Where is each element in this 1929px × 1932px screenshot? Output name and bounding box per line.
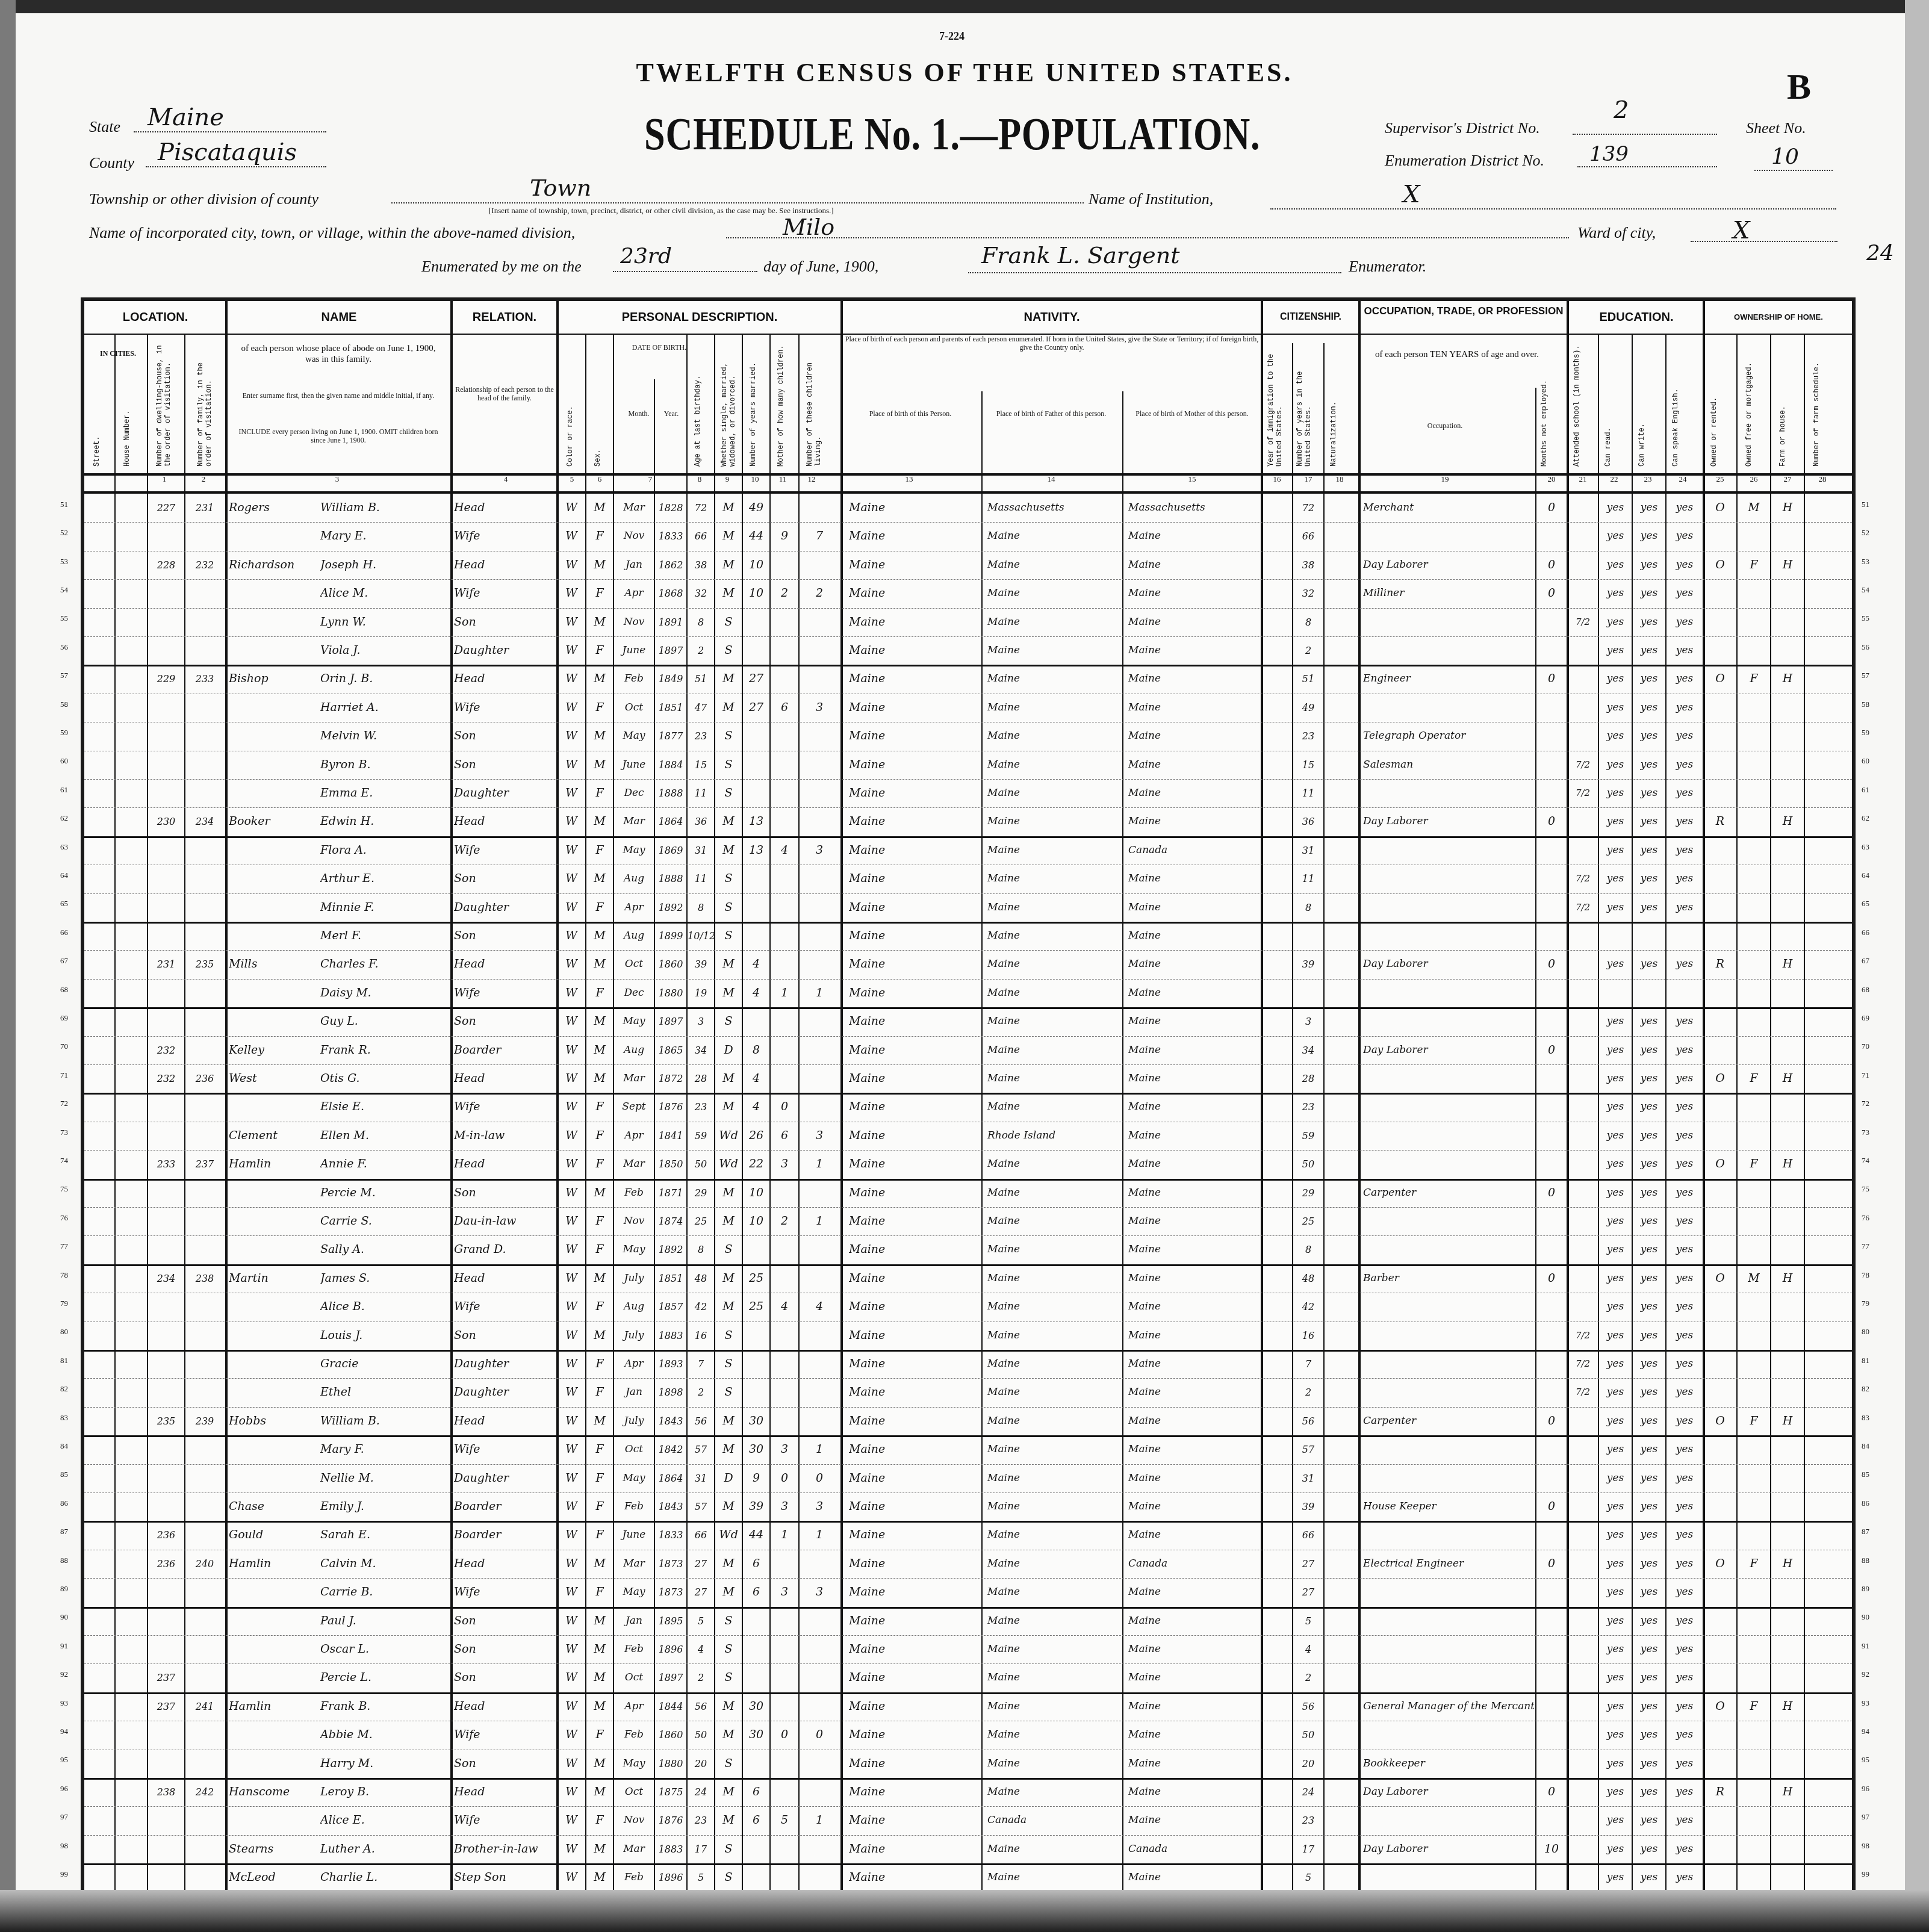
owned-or-rented [1704,865,1736,893]
marital-status: M [715,1093,742,1121]
colnum-24: 24 [1668,474,1698,484]
years-married: 30 [743,1721,769,1749]
mother-birthplace: Maine [1128,1350,1260,1378]
speaks-english: yes [1667,1378,1703,1406]
can-write: yes [1633,1293,1665,1321]
months-unemployed: 0 [1536,1550,1567,1578]
mother-of-children: 9 [771,522,798,550]
years-in-us: 20 [1293,1750,1323,1778]
years-in-us: 2 [1293,1378,1323,1406]
mother-of-children: 3 [771,1435,798,1464]
free-or-mortgaged [1738,1435,1770,1464]
surname: Bishop [229,665,319,693]
attended-school [1568,579,1598,607]
mother-of-children [771,1750,798,1778]
dwelling-number [148,722,184,750]
scan-bottom-edge [0,1890,1929,1932]
line-number: 91 [1862,1641,1869,1651]
marital-status: M [715,950,742,978]
colnum-1: 1 [149,474,179,484]
owned-or-rented [1704,1179,1736,1207]
sex: M [586,494,613,522]
col-dwelling-number: Number of dwelling-house, in the order o… [155,343,172,467]
can-read: yes [1599,1607,1632,1635]
speaks-english: yes [1667,1264,1703,1293]
free-or-mortgaged [1738,1750,1770,1778]
dwelling-number: 237 [148,1663,184,1692]
color: W [558,1322,585,1350]
col-marital: Whether single, married, widowed, or div… [720,343,737,467]
color: W [558,1122,585,1150]
colnum-18: 18 [1325,474,1355,484]
surname [229,1578,319,1606]
line-number: 53 [1862,557,1869,567]
speaks-english: yes [1667,1692,1703,1721]
naturalization [1325,1322,1358,1350]
census-page: 7-224 TWELFTH CENSUS OF THE UNITED STATE… [0,0,1929,1932]
naturalization [1325,1064,1358,1093]
sex: F [586,1350,613,1378]
sex: F [586,1492,613,1521]
mother-of-children [771,551,798,579]
col-mother-of: Mother of how many children. [777,343,785,467]
farm-or-house: H [1771,665,1804,693]
can-read: yes [1599,1407,1632,1435]
children-living [800,751,839,779]
farm-or-house [1771,1350,1804,1378]
relation: Wife [454,1293,555,1321]
family-number [185,1750,224,1778]
surname [229,608,319,636]
colnum-5: 5 [560,474,584,484]
table-row: Alice B. Wife W F Aug 1857 42 M 25 4 4 M… [84,1293,1852,1322]
free-or-mortgaged [1738,522,1770,550]
father-birthplace: Maine [987,1407,1121,1435]
birth-month: Jan [614,1607,654,1635]
birth-month: Feb [614,1492,654,1521]
relation: Daughter [454,1464,555,1492]
speaks-english: yes [1667,1435,1703,1464]
naturalization [1325,1550,1358,1578]
birth-year: 1895 [655,1607,686,1635]
mother-of-children [771,1835,798,1863]
table-row: 237 Percie L. Son W M Oct 1897 2 S Maine… [84,1663,1852,1694]
can-read: yes [1599,1322,1632,1350]
farm-or-house [1771,722,1804,750]
farm-or-house [1771,1007,1804,1036]
marital-status: M [715,1435,742,1464]
birthplace: Maine [849,779,980,807]
speaks-english: yes [1667,950,1703,978]
township-label: Township or other division of county [89,190,318,208]
free-or-mortgaged [1738,1863,1770,1892]
can-read: yes [1599,1521,1632,1549]
relation: Wife [454,1093,555,1121]
table-row: McLeod Charlie L. Step Son W M Feb 1896 … [84,1863,1852,1892]
colnum-23: 23 [1633,474,1663,484]
birthplace: Maine [849,950,980,978]
surname [229,751,319,779]
farm-or-house [1771,636,1804,665]
mother-of-children: 4 [771,836,798,865]
free-or-mortgaged [1738,1322,1770,1350]
birth-month: Oct [614,1435,654,1464]
family-number [185,1036,224,1064]
sex: M [586,865,613,893]
color: W [558,665,585,693]
years-married: 25 [743,1264,769,1293]
sex: M [586,1835,613,1863]
family-number [185,1492,224,1521]
family-number [185,1007,224,1036]
years-married: 4 [743,1093,769,1121]
age: 50 [688,1721,714,1749]
col-months-unemployed: Months not employed. [1540,379,1548,467]
immigration-year [1262,608,1292,636]
birth-month: July [614,1407,654,1435]
surname [229,979,319,1007]
relation: Wife [454,1721,555,1749]
line-number: 52 [1862,528,1869,538]
ward-value: X [1733,217,1750,244]
line-number: 55 [60,613,68,623]
speaks-english: yes [1667,551,1703,579]
children-living [800,1350,839,1378]
relation: Wife [454,836,555,865]
immigration-year [1262,1492,1292,1521]
free-or-mortgaged: F [1738,665,1770,693]
occupation: Day Laborer [1363,551,1534,579]
can-read: yes [1599,1007,1632,1036]
can-write: yes [1633,1122,1665,1150]
children-living [800,551,839,579]
can-write: yes [1633,1179,1665,1207]
given-name: James S. [320,1264,449,1293]
given-name: Charlie L. [320,1863,449,1892]
age: 23 [688,1093,714,1121]
father-birthplace: Maine [987,865,1121,893]
relation: Wife [454,522,555,550]
father-birthplace: Canada [987,1806,1121,1834]
children-living: 3 [800,694,839,722]
attended-school [1568,551,1598,579]
occupation [1363,1007,1534,1036]
table-row: 231 235 Mills Charles F. Head W M Oct 18… [84,950,1852,979]
attended-school [1568,950,1598,978]
birth-month: Oct [614,694,654,722]
age: 23 [688,1806,714,1834]
years-in-us: 59 [1293,1122,1323,1150]
naturalization [1325,636,1358,665]
birthplace: Maine [849,1407,980,1435]
farm-or-house [1771,779,1804,807]
can-write: yes [1633,1778,1665,1806]
speaks-english: yes [1667,893,1703,922]
marital-status: S [715,1863,742,1892]
free-or-mortgaged [1738,1122,1770,1150]
line-number: 62 [1862,813,1869,823]
sex: M [586,722,613,750]
months-unemployed [1536,1150,1567,1178]
months-unemployed [1536,694,1567,722]
owned-or-rented [1704,1635,1736,1663]
months-unemployed: 0 [1536,1492,1567,1521]
family-number [185,1435,224,1464]
col-street: Street. [93,391,101,467]
line-number: 82 [60,1384,68,1394]
family-number [185,1635,224,1663]
owned-or-rented [1704,1750,1736,1778]
age: 2 [688,1378,714,1406]
free-or-mortgaged [1738,694,1770,722]
birth-year: 1843 [655,1492,686,1521]
age: 38 [688,551,714,579]
farm-or-house: H [1771,1150,1804,1178]
sex: F [586,1721,613,1749]
table-row: Abbie M. Wife W F Feb 1860 50 M 30 0 0 M… [84,1721,1852,1750]
given-name: Louis J. [320,1322,449,1350]
col-naturalization: Naturalization. [1329,373,1338,467]
years-married: 13 [743,836,769,865]
children-living: 4 [800,1293,839,1321]
can-read: yes [1599,522,1632,550]
mother-of-children [771,1036,798,1064]
owned-or-rented [1704,722,1736,750]
attended-school [1568,1064,1598,1093]
free-or-mortgaged: M [1738,494,1770,522]
sex: F [586,1435,613,1464]
occupation [1363,1378,1534,1406]
line-number: 88 [60,1556,68,1565]
speaks-english: yes [1667,1235,1703,1264]
farm-or-house [1771,1663,1804,1692]
surname: Hobbs [229,1407,319,1435]
birthplace: Maine [849,636,980,665]
sex: F [586,1464,613,1492]
months-unemployed [1536,751,1567,779]
free-or-mortgaged [1738,1464,1770,1492]
can-read: yes [1599,865,1632,893]
attended-school [1568,1835,1598,1863]
years-married: 6 [743,1550,769,1578]
birth-year: 1884 [655,751,686,779]
relation: Head [454,950,555,978]
dwelling-number: 232 [148,1036,184,1064]
mother-birthplace: Maine [1128,1007,1260,1036]
years-in-us: 8 [1293,608,1323,636]
given-name: Ethel [320,1378,449,1406]
relation: Wife [454,1578,555,1606]
naturalization [1325,1407,1358,1435]
years-in-us: 7 [1293,1350,1323,1378]
date-of-birth-label: DATE OF BIRTH. [614,343,704,352]
birthplace: Maine [849,608,980,636]
line-number: 98 [60,1841,68,1851]
free-or-mortgaged: M [1738,1264,1770,1293]
dwelling-number: 236 [148,1521,184,1549]
immigration-year [1262,1835,1292,1863]
birth-month: May [614,1464,654,1492]
surname [229,1378,319,1406]
birthplace: Maine [849,1207,980,1235]
color: W [558,494,585,522]
farm-or-house: H [1771,1692,1804,1721]
mother-birthplace: Maine [1128,1435,1260,1464]
naturalization [1325,1492,1358,1521]
dwelling-number [148,751,184,779]
immigration-year [1262,1521,1292,1549]
family-number [185,636,224,665]
speaks-english [1667,979,1703,1007]
father-birthplace: Maine [987,636,1121,665]
years-married: 10 [743,551,769,579]
margin-number: 24 [1866,241,1894,266]
table-row: Emma E. Daughter W F Dec 1888 11 S Maine… [84,779,1852,808]
years-married: 10 [743,579,769,607]
occupation: Milliner [1363,579,1534,607]
sex: F [586,1378,613,1406]
immigration-year [1262,751,1292,779]
age: 72 [688,494,714,522]
speaks-english: yes [1667,1207,1703,1235]
color: W [558,807,585,836]
relation: Head [454,1692,555,1721]
naturalization [1325,1293,1358,1321]
years-in-us: 15 [1293,751,1323,779]
birth-month: Apr [614,1122,654,1150]
family-number [185,751,224,779]
immigration-year [1262,950,1292,978]
mother-birthplace: Maine [1128,1179,1260,1207]
children-living [800,1407,839,1435]
dwelling-number [148,636,184,665]
father-birthplace: Maine [987,1635,1121,1663]
line-number: 52 [60,528,68,538]
years-married: 44 [743,1521,769,1549]
children-living [800,1750,839,1778]
farm-or-house [1771,1378,1804,1406]
sex: M [586,922,613,950]
mother-birthplace: Maine [1128,1663,1260,1692]
family-number [185,1521,224,1549]
col-owned-rented: Owned or rented. [1710,355,1718,467]
naturalization [1325,865,1358,893]
given-name: Oscar L. [320,1635,449,1663]
years-married: 10 [743,1207,769,1235]
mother-birthplace: Maine [1128,522,1260,550]
years-married: 26 [743,1122,769,1150]
given-name: Guy L. [320,1007,449,1036]
owned-or-rented [1704,779,1736,807]
family-number [185,1293,224,1321]
relation: Head [454,1150,555,1178]
speaks-english: yes [1667,722,1703,750]
col-years-in-us: Number of years in the United States. [1296,343,1312,467]
father-birthplace: Maine [987,551,1121,579]
line-number: 79 [60,1299,68,1308]
line-number: 90 [60,1612,68,1622]
naturalization [1325,836,1358,865]
father-birthplace: Maine [987,922,1121,950]
can-write: yes [1633,1550,1665,1578]
colnum-28: 28 [1807,474,1837,484]
mother-birthplace: Maine [1128,636,1260,665]
surname [229,694,319,722]
marital-status: S [715,751,742,779]
children-living: 1 [800,1207,839,1235]
naturalization [1325,1578,1358,1606]
line-number: 85 [1862,1470,1869,1479]
speaks-english: yes [1667,1093,1703,1121]
surname [229,522,319,550]
years-in-us: 56 [1293,1692,1323,1721]
enumerated-day: 23rd [620,244,672,269]
months-unemployed [1536,1721,1567,1749]
can-read: yes [1599,1578,1632,1606]
group-personal-description: PERSONAL DESCRIPTION. [558,301,842,335]
attended-school [1568,694,1598,722]
mother-of-children [771,1778,798,1806]
years-in-us: 31 [1293,1464,1323,1492]
given-name: Otis G. [320,1064,449,1093]
immigration-year [1262,1179,1292,1207]
can-write: yes [1633,551,1665,579]
owned-or-rented [1704,1122,1736,1150]
owned-or-rented [1704,1835,1736,1863]
relation: Son [454,1663,555,1692]
immigration-year [1262,893,1292,922]
color: W [558,1207,585,1235]
age: 47 [688,694,714,722]
birth-year: 1864 [655,807,686,836]
census-title: TWELFTH CENSUS OF THE UNITED STATES. [0,57,1929,88]
relation: Head [454,1550,555,1578]
surname [229,1721,319,1749]
table-row: Ethel Daughter W F Jan 1898 2 S Maine Ma… [84,1378,1852,1407]
birth-month: Sept [614,1093,654,1121]
free-or-mortgaged [1738,807,1770,836]
attended-school [1568,1578,1598,1606]
color: W [558,1607,585,1635]
dwelling-number [148,1806,184,1834]
sex: M [586,807,613,836]
owned-or-rented [1704,893,1736,922]
age: 16 [688,1322,714,1350]
given-name: Sally A. [320,1235,449,1264]
father-birthplace: Maine [987,1464,1121,1492]
years-in-us: 24 [1293,1778,1323,1806]
col-farm-house: Farm or house. [1778,373,1787,467]
months-unemployed: 0 [1536,807,1567,836]
years-in-us: 50 [1293,1150,1323,1178]
occupation [1363,1607,1534,1635]
dwelling-number [148,1122,184,1150]
mother-birthplace: Maine [1128,1806,1260,1834]
can-write: yes [1633,1521,1665,1549]
children-living [800,665,839,693]
years-married: 6 [743,1778,769,1806]
speaks-english: yes [1667,1550,1703,1578]
line-number: 55 [1862,613,1869,623]
dwelling-number: 233 [148,1150,184,1178]
line-number: 79 [1862,1299,1869,1308]
immigration-year [1262,1150,1292,1178]
speaks-english: yes [1667,836,1703,865]
can-read: yes [1599,636,1632,665]
surname: Hamlin [229,1692,319,1721]
surname [229,636,319,665]
years-in-us: 11 [1293,865,1323,893]
